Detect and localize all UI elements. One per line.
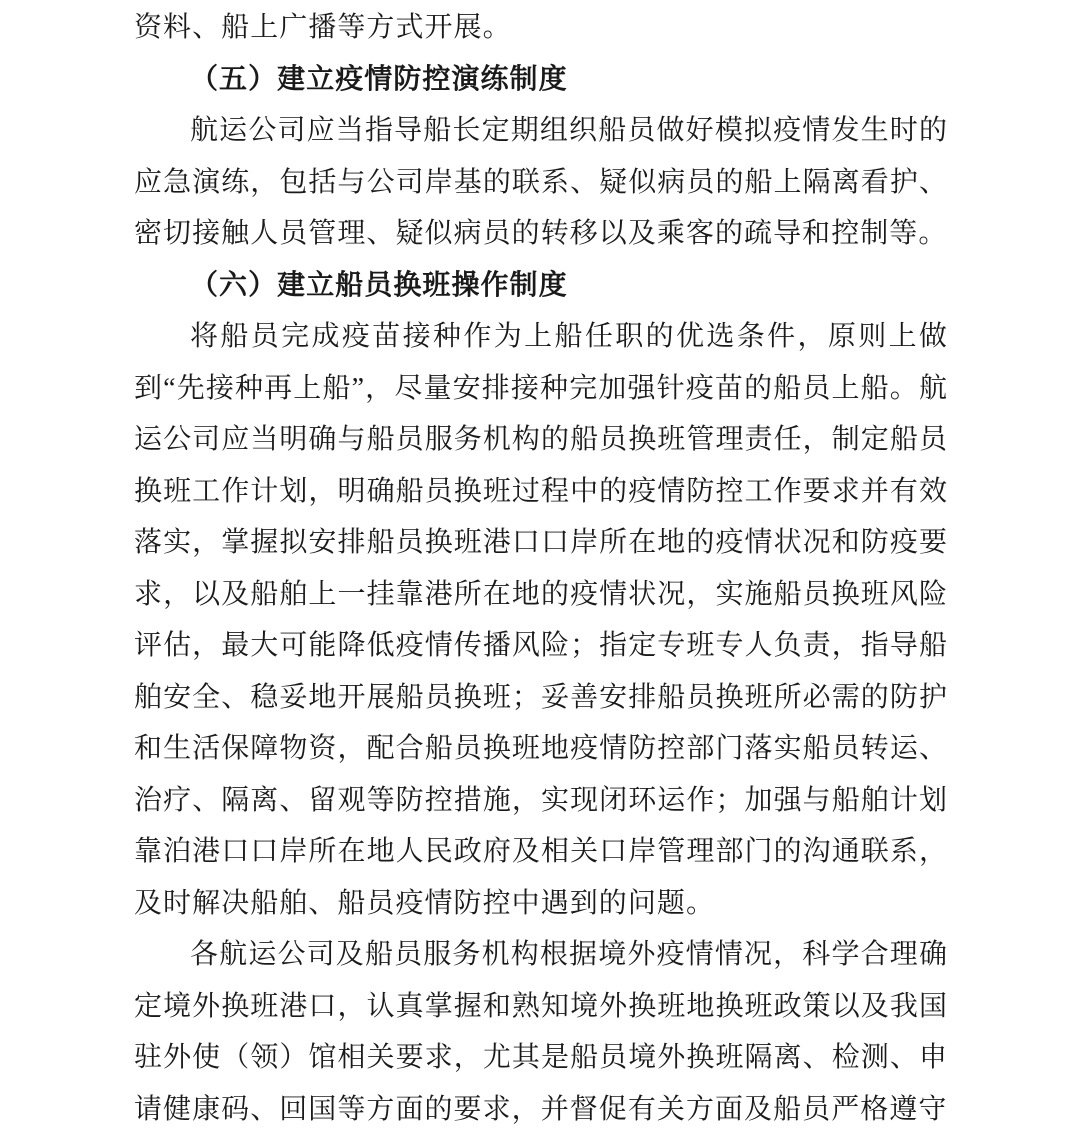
document-content: 资料、船上广播等方式开展。（五）建立疫情防控演练制度航运公司应当指导船长定期组织… [134,2,948,1132]
section-heading: （六）建立船员换班操作制度 [134,260,948,312]
paragraph: 各航运公司及船员服务机构根据境外疫情情况，科学合理确定境外换班港口，认真掌握和熟… [134,929,948,1132]
paragraph: 航运公司应当指导船长定期组织船员做好模拟疫情发生时的应急演练，包括与公司岸基的联… [134,105,948,260]
paragraph: 资料、船上广播等方式开展。 [134,2,948,54]
section-heading: （五）建立疫情防控演练制度 [134,54,948,106]
paragraph: 将船员完成疫苗接种作为上船任职的优选条件，原则上做到“先接种再上船”，尽量安排接… [134,311,948,929]
document-page: 资料、船上广播等方式开展。（五）建立疫情防控演练制度航运公司应当指导船长定期组织… [0,0,1080,1132]
